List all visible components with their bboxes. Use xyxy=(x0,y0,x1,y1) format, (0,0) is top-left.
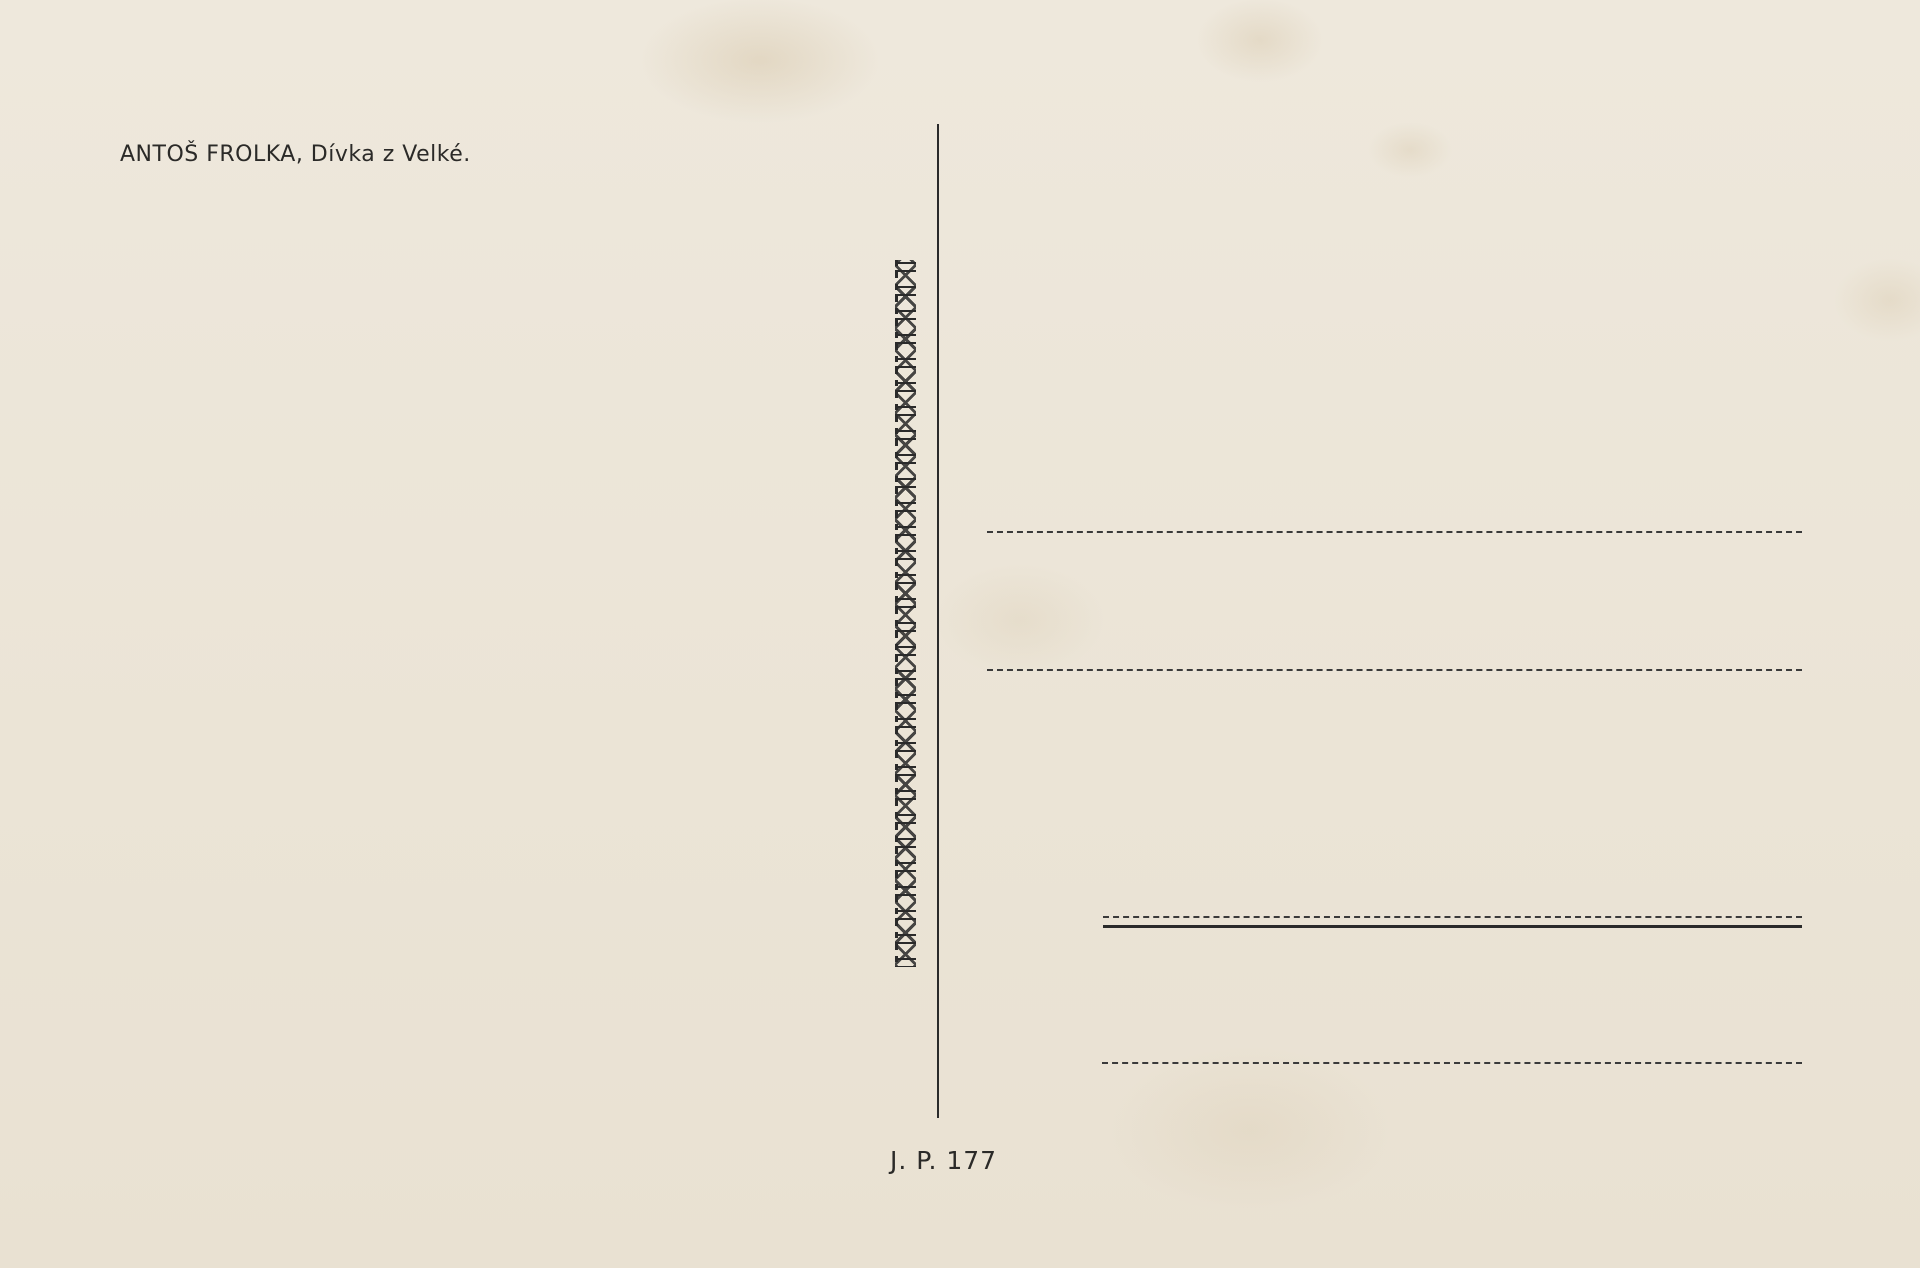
artwork-caption: ANTOŠ FROLKA, Dívka z Velké. xyxy=(120,142,471,167)
center-divider-line xyxy=(937,124,939,1118)
postcard-back xyxy=(0,0,1920,1268)
address-line-3 xyxy=(1103,916,1802,918)
publisher-code: J. P. 177 xyxy=(890,1146,997,1175)
address-line-1 xyxy=(987,531,1802,533)
address-line-2 xyxy=(987,669,1802,671)
address-line-4 xyxy=(1102,1062,1802,1064)
address-underline-solid xyxy=(1103,925,1802,928)
cross-stitch-ornament-icon xyxy=(895,260,916,967)
